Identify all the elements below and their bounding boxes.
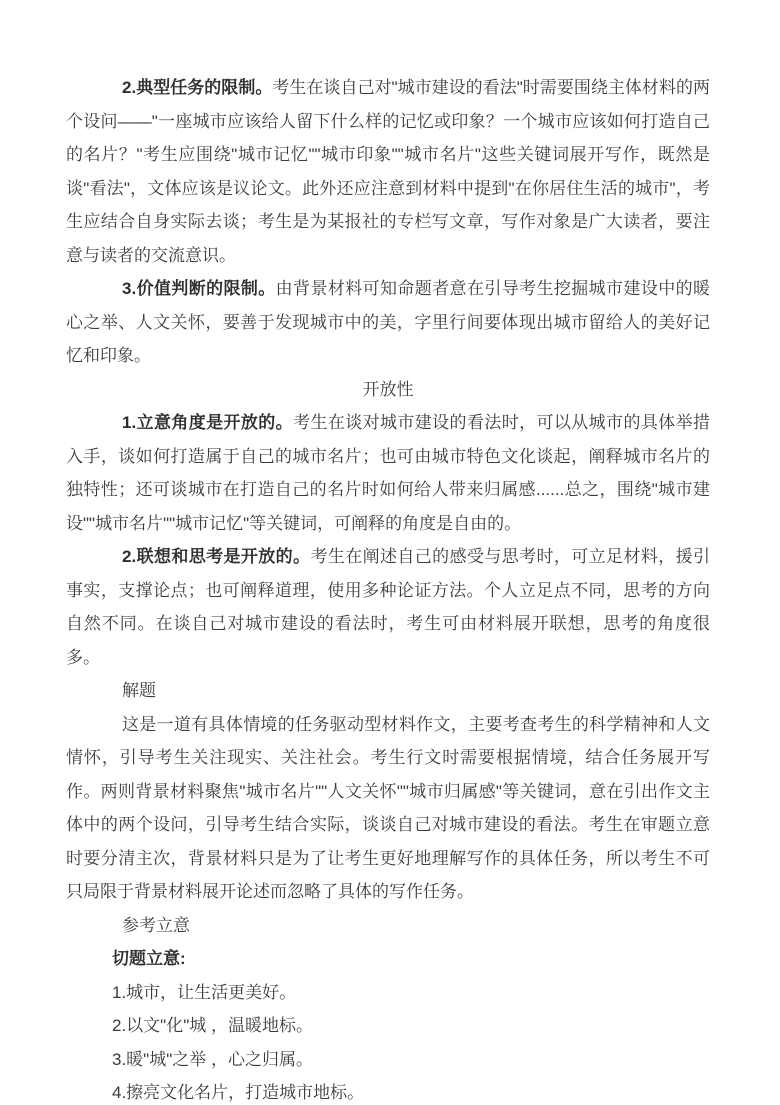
- paragraph-body: 这是一道有具体情境的任务驱动型材料作文，主要考查考生的科学精神和人文情怀，引导考…: [66, 715, 710, 902]
- document-page: 2.典型任务的限制。考生在谈自己对"城市建设的看法"时需要围绕主体材料的两个设问…: [0, 0, 780, 1105]
- idea-list-item-3: 3.暖"城"之举 ，心之归属。: [66, 1043, 710, 1077]
- paragraph-lead-bold: 3.价值判断的限制。: [122, 279, 276, 298]
- section-heading-jieti: 解题: [66, 674, 710, 708]
- paragraph-lead-bold: 2.联想和思考是开放的。: [122, 547, 310, 566]
- idea-list-item-2: 2.以文"化"城 ，温暖地标。: [66, 1009, 710, 1043]
- paragraph-association-open: 2.联想和思考是开放的。考生在阐述自己的感受与思考时，可立足材料，援引事实，支撑…: [66, 540, 710, 674]
- paragraph-body: 考生在谈自己对"城市建设的看法"时需要围绕主体材料的两个设问——"一座城市应该给…: [66, 78, 710, 265]
- paragraph-typical-task-limit: 2.典型任务的限制。考生在谈自己对"城市建设的看法"时需要围绕主体材料的两个设问…: [66, 71, 710, 272]
- paragraph-jieti-analysis: 这是一道有具体情境的任务驱动型材料作文，主要考查考生的科学精神和人文情怀，引导考…: [66, 708, 710, 909]
- paragraph-value-judgement-limit: 3.价值判断的限制。由背景材料可知命题者意在引导考生挖掘城市建设中的暖心之举、人…: [66, 272, 710, 373]
- idea-list-item-1: 1.城市，让生活更美好。: [66, 976, 710, 1010]
- paragraph-idea-angle-open: 1.立意角度是开放的。考生在谈对城市建设的看法时，可以从城市的具体举措入手，谈如…: [66, 406, 710, 540]
- paragraph-lead-bold: 1.立意角度是开放的。: [122, 413, 293, 432]
- section-heading-reference-ideas: 参考立意: [66, 909, 710, 943]
- idea-list-item-4: 4.擦亮文化名片，打造城市地标。: [66, 1076, 710, 1105]
- paragraph-lead-bold: 2.典型任务的限制。: [122, 78, 272, 97]
- label-on-topic-ideas: 切题立意:: [66, 942, 710, 976]
- section-heading-openness: 开放性: [66, 373, 710, 407]
